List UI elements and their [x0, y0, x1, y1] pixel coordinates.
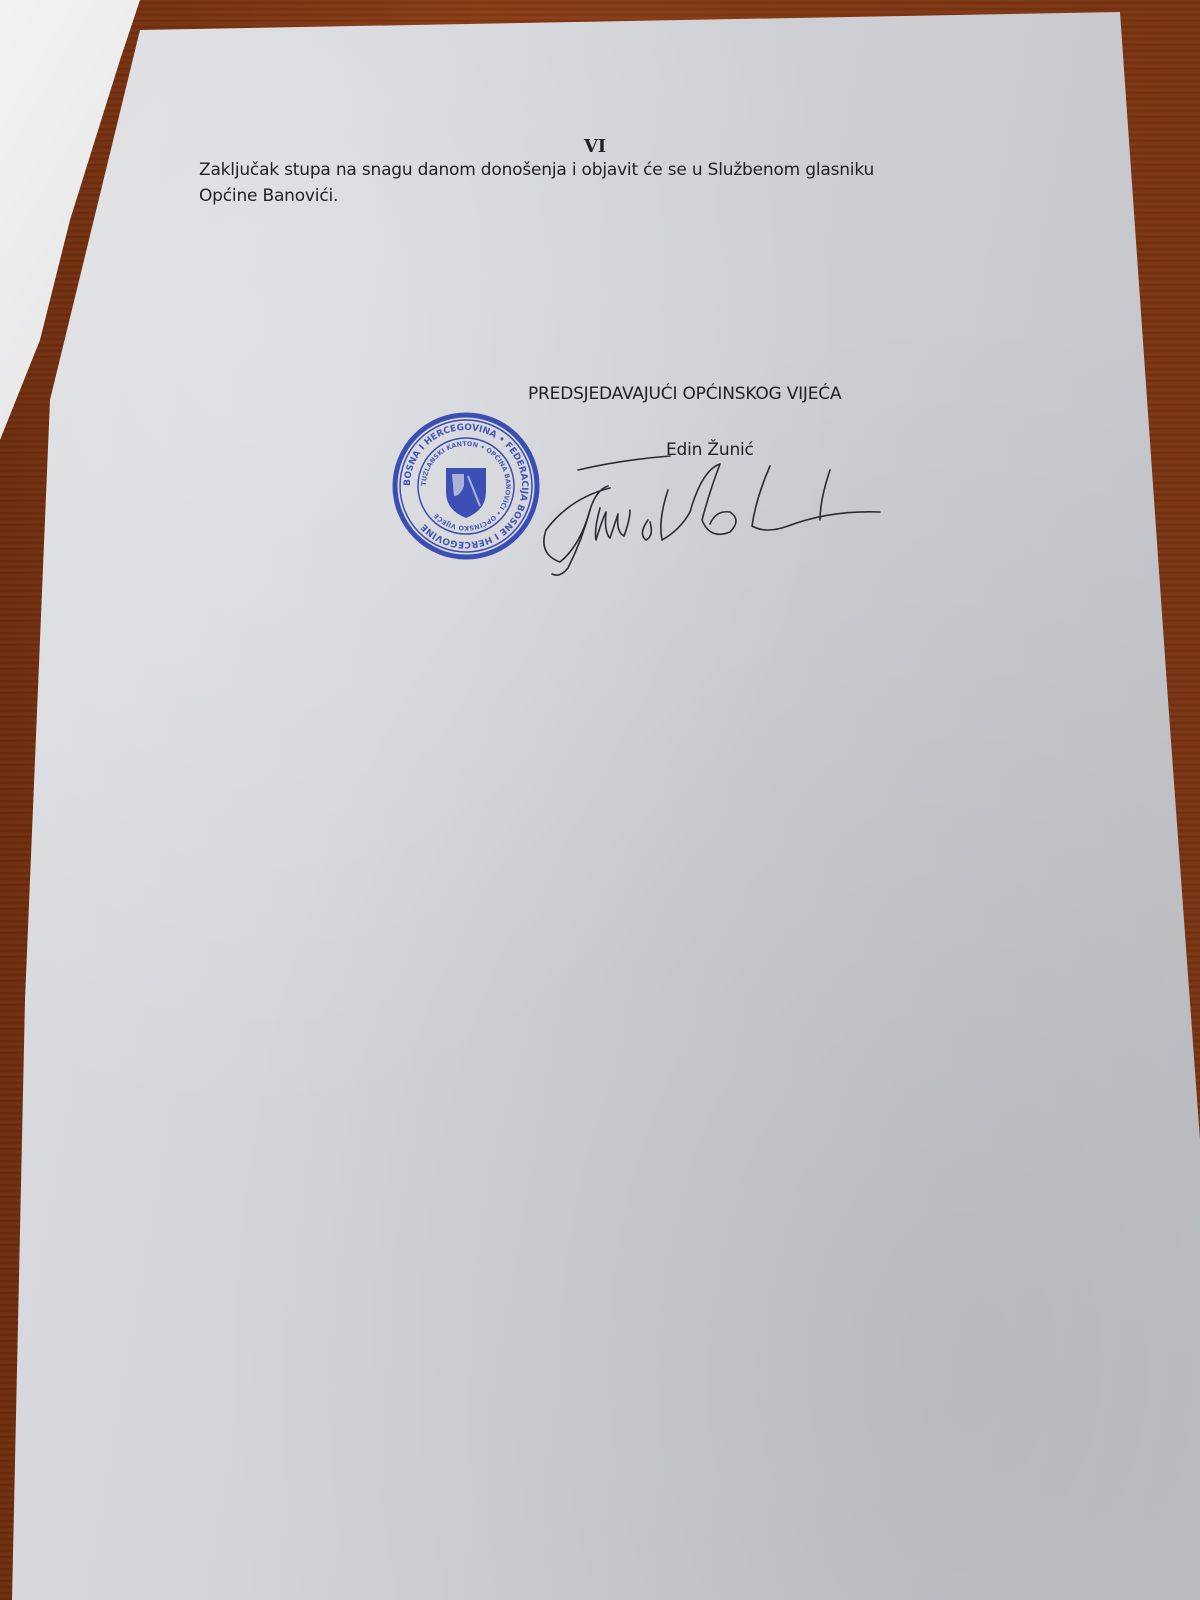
signatory-title: PREDSJEDAVAJUĆI OPĆINSKOG VIJEĆA [528, 384, 841, 404]
body-text-line: Općine Banovići. [199, 186, 338, 206]
paper-sheet [0, 0, 1200, 1600]
handwritten-signature-icon [530, 450, 910, 590]
body-text-line: Zaključak stupa na snagu danom donošenja… [199, 160, 874, 180]
official-seal-icon: BOSNA I HERCEGOVINA • FEDERACIJA BOSNE I… [390, 410, 542, 562]
section-heading: VI [584, 136, 606, 157]
